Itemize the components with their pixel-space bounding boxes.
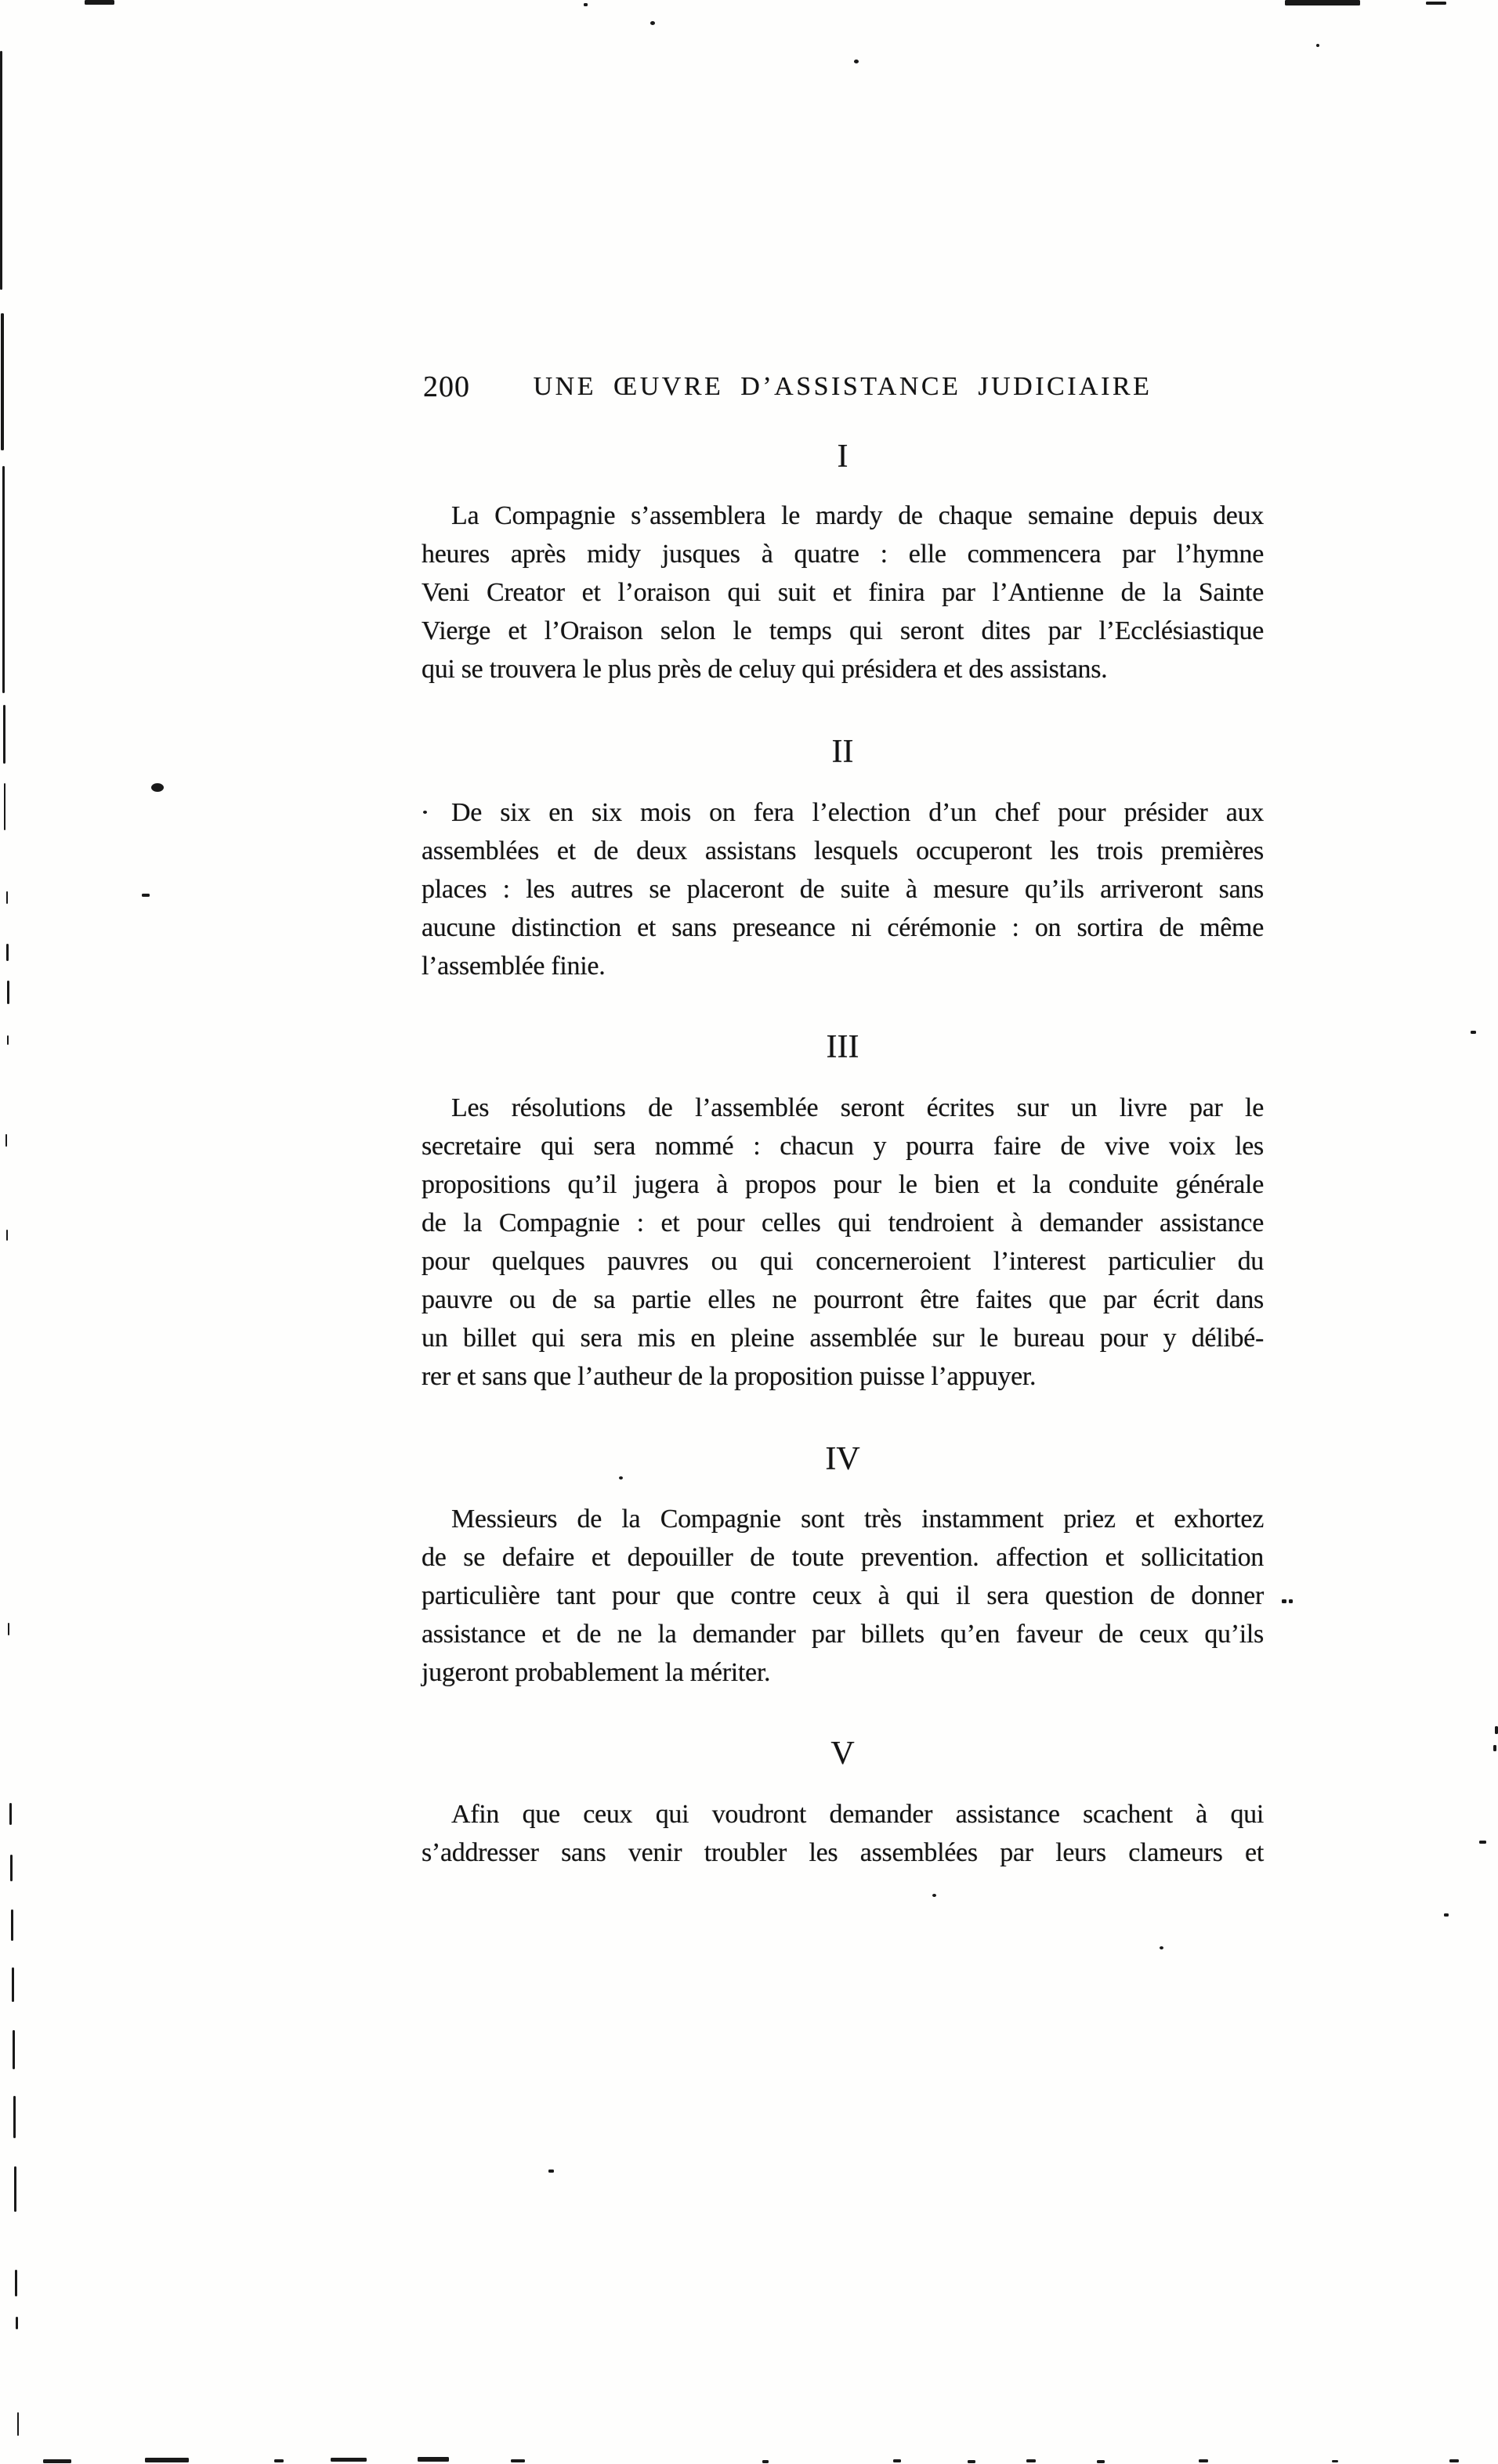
scan-speck [6, 1230, 8, 1241]
scan-speck [13, 2030, 15, 2069]
text-line: aucune distinction et sans preseance ni … [422, 909, 1264, 947]
text-line: places : les autres se placeront de suit… [422, 870, 1264, 909]
scan-speck [9, 1803, 12, 1825]
scan-speck [1289, 1599, 1293, 1603]
scan-speck [619, 1476, 623, 1479]
text-line: de se defaire et depouiller de toute pre… [422, 1538, 1264, 1577]
text-line: heures après midy jusques à quatre : ell… [422, 535, 1264, 573]
scan-speck [15, 2270, 17, 2296]
scan-speck [0, 51, 2, 290]
text-line: assistance et de ne la demander par bill… [422, 1615, 1264, 1653]
text-line: particulière tant pour que contre ceux à… [422, 1577, 1264, 1615]
scan-speck [331, 2458, 367, 2462]
scan-speck [145, 2458, 189, 2462]
text-line: assemblées et de deux assistans lesquels… [422, 832, 1264, 870]
text-line: pauvre ou de sa partie elles ne pourront… [422, 1281, 1264, 1319]
scan-speck [2, 466, 5, 693]
scan-speck [1282, 1599, 1286, 1603]
scan-speck [932, 1894, 936, 1897]
scan-speck [1316, 44, 1319, 47]
section-numeral-II: II [422, 734, 1264, 770]
text-line: Afin que ceux qui voudront demander assi… [422, 1795, 1264, 1834]
scan-speck [142, 894, 150, 897]
scan-speck [1444, 1913, 1449, 1917]
scan-speck [10, 1855, 13, 1881]
text-line: qui se trouvera le plus près de celuy qu… [422, 650, 1264, 688]
section-body-V: Afin que ceux qui voudront demander assi… [422, 1795, 1264, 1872]
section-numeral-III: III [422, 1029, 1264, 1065]
text-line: pour quelques pauvres ou qui concerneroi… [422, 1242, 1264, 1281]
scan-speck [6, 891, 8, 904]
section-body-III: Les résolutions de l’assemblée seront éc… [422, 1089, 1264, 1396]
text-line: s’addresser sans venir troubler les asse… [422, 1834, 1264, 1872]
page-header: 200 UNE ŒUVRE D’ASSISTANCE JUDICIAIRE [0, 367, 1498, 414]
scan-speck [1449, 2459, 1459, 2462]
scan-speck [1426, 2, 1446, 5]
text-line: La Compagnie s’assemblera le mardy de ch… [422, 497, 1264, 535]
scan-speck [11, 1909, 13, 1941]
section-body-IV: Messieurs de la Compagnie sont très inst… [422, 1500, 1264, 1692]
scan-speck [423, 811, 427, 814]
scan-speck [1493, 1745, 1496, 1751]
scan-speck [12, 1967, 14, 2002]
scan-speck [511, 2459, 525, 2462]
scan-speck [7, 981, 9, 1004]
text-line: Veni Creator et l’oraison qui suit et fi… [422, 573, 1264, 612]
text-line: jugeront probablement la mériter. [422, 1653, 1264, 1692]
scan-speck [16, 2317, 18, 2329]
section-numeral-IV: IV [422, 1441, 1264, 1477]
scan-speck [1097, 2460, 1105, 2463]
scan-speck [8, 1623, 9, 1635]
scan-speck [43, 2459, 71, 2463]
scan-speck [893, 2459, 901, 2462]
section-numeral-V: V [422, 1736, 1264, 1772]
section-body-II: De six en six mois on fera l’election d’… [422, 793, 1264, 985]
scan-speck [762, 2460, 769, 2463]
section-numeral-I: I [422, 439, 1264, 475]
section-body-I: La Compagnie s’assemblera le mardy de ch… [422, 497, 1264, 688]
scan-speck [3, 705, 5, 764]
scan-speck [1026, 2459, 1036, 2462]
scan-speck [17, 2412, 19, 2436]
text-line: secretaire qui sera nommé : chacun y pou… [422, 1127, 1264, 1165]
scan-speck [584, 3, 588, 6]
scan-speck [274, 2459, 284, 2462]
running-title: UNE ŒUVRE D’ASSISTANCE JUDICIAIRE [422, 367, 1264, 407]
text-line: propositions qu’il jugera à propos pour … [422, 1165, 1264, 1204]
text-line: rer et sans que l’autheur de la proposit… [422, 1357, 1264, 1396]
scan-speck [151, 783, 164, 792]
scan-speck [1, 313, 4, 450]
text-line: De six en six mois on fera l’election d’… [422, 793, 1264, 832]
scan-speck [650, 21, 655, 25]
scan-speck [418, 2457, 449, 2462]
scan-speck [14, 2166, 16, 2212]
scan-speck [1495, 1726, 1498, 1734]
text-line: Messieurs de la Compagnie sont très inst… [422, 1500, 1264, 1538]
scan-speck [85, 0, 114, 5]
text-line: l’assemblée finie. [422, 947, 1264, 985]
scan-speck [1471, 1031, 1476, 1034]
scan-speck [1479, 1841, 1486, 1844]
scan-speck [6, 944, 9, 961]
scan-speck [1199, 2459, 1208, 2462]
scan-speck [548, 2170, 554, 2173]
scan-speck [854, 60, 859, 63]
scanned-page: 200 UNE ŒUVRE D’ASSISTANCE JUDICIAIRE IL… [0, 0, 1498, 2464]
scan-speck [7, 1035, 9, 1045]
scan-speck [5, 1134, 7, 1147]
scan-speck [1285, 0, 1360, 5]
scan-speck [4, 783, 5, 830]
text-line: Vierge et l’Oraison selon le temps qui s… [422, 612, 1264, 650]
scan-speck [1332, 2460, 1338, 2462]
scan-speck [968, 2460, 975, 2463]
scan-speck [13, 2096, 16, 2138]
text-line: de la Compagnie : et pour celles qui ten… [422, 1204, 1264, 1242]
text-line: un billet qui sera mis en pleine assembl… [422, 1319, 1264, 1357]
scan-speck [1160, 1946, 1163, 1949]
text-line: Les résolutions de l’assemblée seront éc… [422, 1089, 1264, 1127]
